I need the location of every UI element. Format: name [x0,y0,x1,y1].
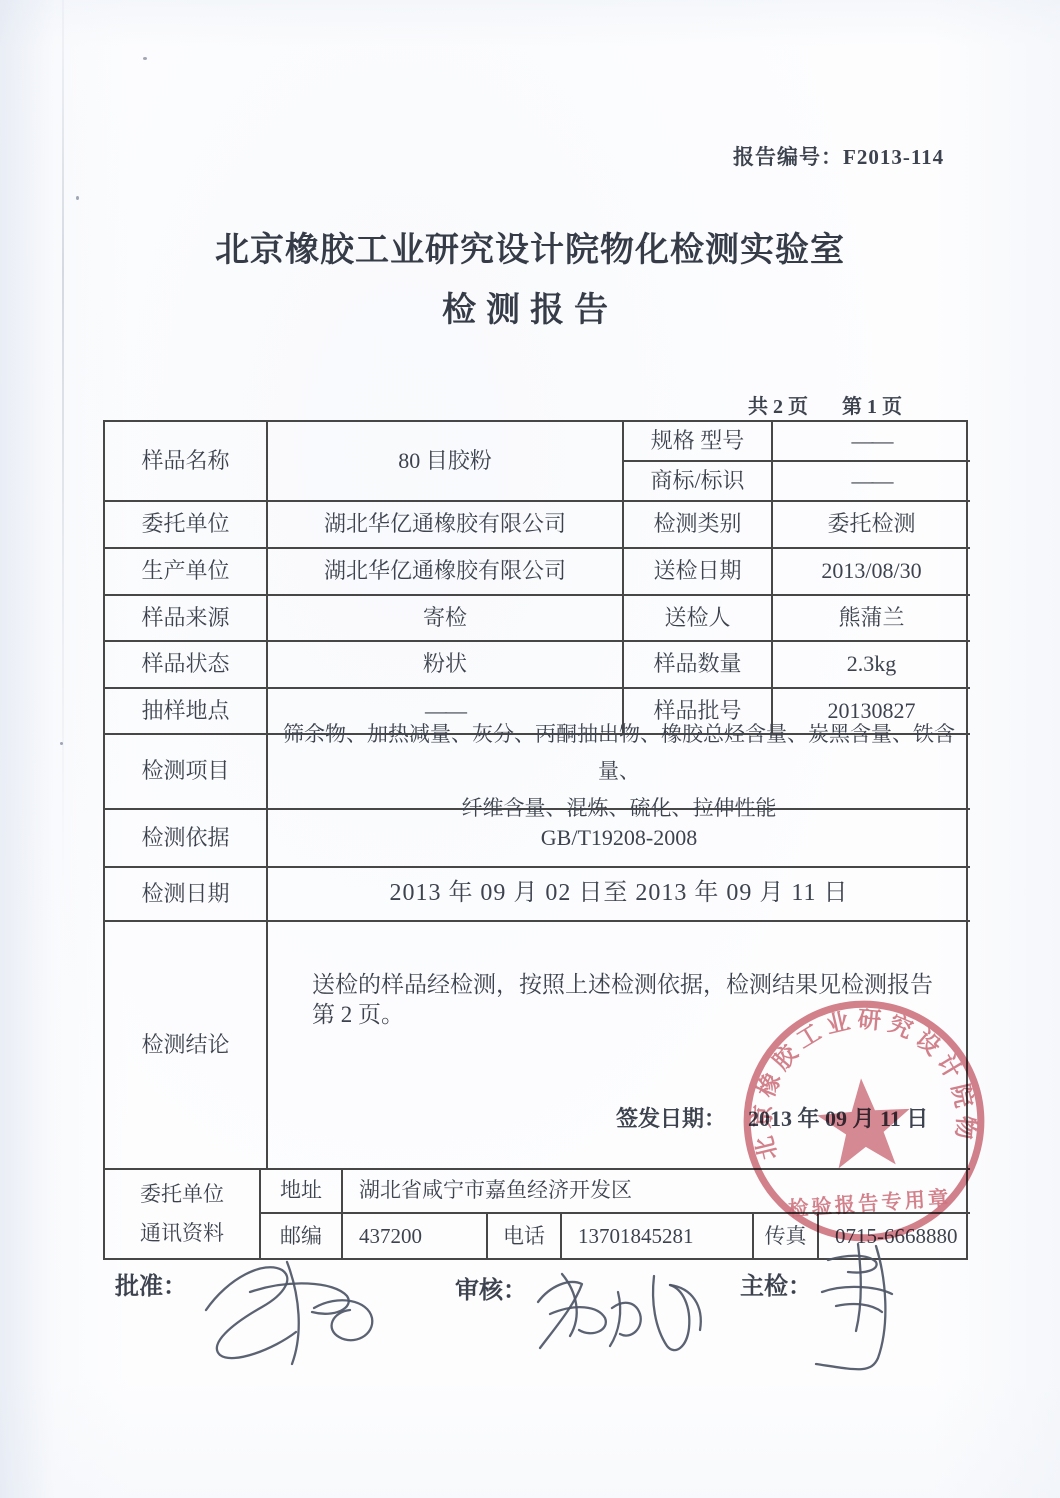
report-number-value: F2013-114 [843,145,944,169]
trademark-value: —— [773,462,970,502]
test-category-value: 委托检测 [773,502,970,549]
spec-value: —— [773,422,970,462]
issue-date-value: 2013 年 09 月 11 日 [748,1106,928,1131]
conclusion-label: 检测结论 [105,922,268,1170]
report-title: 检测报告 [0,282,1060,331]
test-date-label: 检测日期 [105,868,268,922]
page-info: 共 2 页第 1 页 [748,390,902,419]
manufacturer-label: 生产单位 [105,549,268,596]
test-basis-label: 检测依据 [105,810,268,868]
lab-title: 北京橡胶工业研究设计院物化检测实验室 [0,222,1060,271]
review-signature [522,1258,707,1363]
test-items-line1: 筛余物、加热减量、灰分、丙酮抽出物、橡胶总烃含量、炭黑含量、铁含量、 [268,716,970,790]
contact-label: 委托单位 通讯资料 [105,1170,261,1260]
trademark-label: 商标/标识 [624,462,773,502]
inspect-label: 主检： [740,1266,812,1301]
sample-qty-value: 2.3kg [773,642,970,689]
zip-value: 437200 [343,1214,488,1260]
sender-label: 送检人 [624,596,773,642]
contact-section: 委托单位 通讯资料 地址 湖北省咸宁市嘉鱼经济开发区 邮编 437200 电话 … [105,1170,970,1260]
report-number-line: 报告编号：F2013-114 [733,141,944,171]
address-value: 湖北省咸宁市嘉鱼经济开发区 [343,1170,970,1214]
conclusion-cell: 送检的样品经检测，按照上述检测依据，检测结果见检测报告第 2 页。 签发日期：2… [268,922,970,1170]
sample-name-label: 样品名称 [105,422,268,502]
spec-label: 规格 型号 [624,422,773,462]
scan-crease-line [62,0,64,900]
zip-label: 邮编 [261,1214,343,1260]
approve-signature [192,1252,422,1367]
test-basis-value: GB/T19208-2008 [268,810,970,868]
address-label: 地址 [261,1170,343,1214]
sample-state-value: 粉状 [268,642,624,689]
delivery-date-label: 送检日期 [624,549,773,596]
delivery-date-value: 2013/08/30 [773,549,970,596]
report-table: 样品名称 80 目胶粉 规格 型号 —— 商标/标识 —— 委托单位 湖北华亿通… [103,420,968,1260]
test-category-label: 检测类别 [624,502,773,549]
sample-source-label: 样品来源 [105,596,268,642]
conclusion-text: 送检的样品经检测，按照上述检测依据，检测结果见检测报告第 2 页。 [312,970,952,1030]
fax-label: 传真 [754,1214,819,1260]
test-date-value: 2013 年 09 月 02 日至 2013 年 09 月 11 日 [268,868,970,922]
sender-value: 熊蒲兰 [773,596,970,642]
sample-name-value: 80 目胶粉 [268,422,624,502]
issue-date-line: 签发日期：2013 年 09 月 11 日 [616,1105,928,1134]
manufacturer-value: 湖北华亿通橡胶有限公司 [268,549,624,596]
client-value: 湖北华亿通橡胶有限公司 [268,502,624,549]
contact-label-line2: 通讯资料 [140,1214,224,1253]
pages-total: 共 2 页 [748,396,808,418]
fax-value: 0715-6668880 [819,1214,970,1260]
sample-source-value: 寄检 [268,596,624,642]
page-current: 第 1 页 [842,396,902,418]
scan-speck [143,57,147,60]
test-items-label: 检测项目 [105,735,268,810]
test-items-value: 筛余物、加热减量、灰分、丙酮抽出物、橡胶总烃含量、炭黑含量、铁含量、 纤维含量、… [268,735,970,810]
scan-speck [76,196,79,200]
contact-label-line1: 委托单位 [140,1175,224,1214]
phone-label: 电话 [488,1214,562,1260]
client-label: 委托单位 [105,502,268,549]
phone-value: 13701845281 [562,1214,754,1260]
review-label: 审核： [455,1270,527,1305]
report-number-label: 报告编号： [733,145,843,169]
sampling-place-label: 抽样地点 [105,689,268,735]
sample-qty-label: 样品数量 [624,642,773,689]
scan-speck [60,742,63,745]
issue-date-label: 签发日期： [616,1106,726,1131]
approve-label: 批准： [115,1266,187,1301]
sample-state-label: 样品状态 [105,642,268,689]
